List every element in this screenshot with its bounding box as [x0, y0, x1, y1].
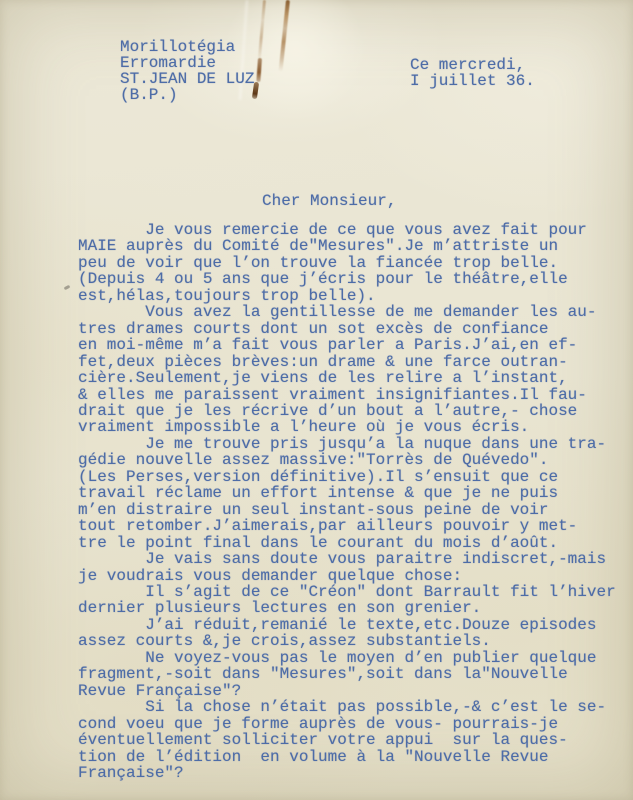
letter-body: Je vous remercie de ce que vous avez fai… — [78, 222, 616, 781]
date-block: Ce mercredi, I juillet 36. — [410, 57, 535, 89]
rust-stain-streak-left-dark — [256, 58, 261, 82]
rust-stain-streak-right — [278, 0, 290, 72]
sender-address-block: Morillotégia Erromardie ST.JEAN DE LUZ (… — [120, 39, 254, 103]
letter-page: Morillotégia Erromardie ST.JEAN DE LUZ (… — [0, 0, 633, 800]
salutation: Cher Monsieur, — [262, 193, 396, 209]
pencil-speck — [64, 285, 71, 290]
rust-stain-streak-left — [258, 0, 266, 58]
